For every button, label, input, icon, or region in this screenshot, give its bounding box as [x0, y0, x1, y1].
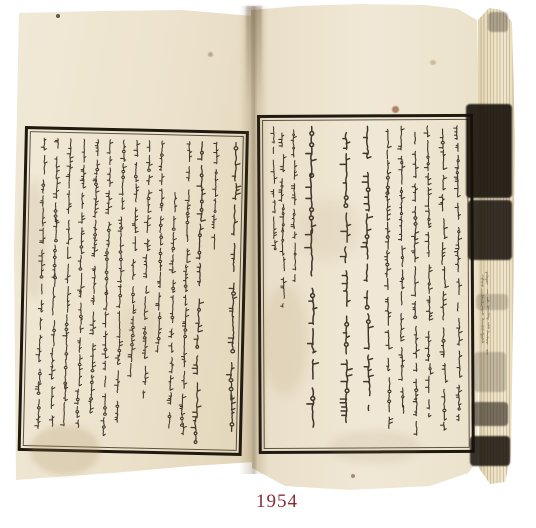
- left-page-script: [24, 132, 243, 450]
- ink-smudge: [466, 104, 512, 198]
- right-page-script: [263, 120, 469, 448]
- ink-smudge: [474, 352, 506, 392]
- right-page-frame: [257, 114, 475, 454]
- ink-smudge: [468, 200, 512, 260]
- left-page-frame: [18, 126, 249, 456]
- ink-smudge: [472, 402, 508, 426]
- caption-lot-number: 1954: [244, 491, 310, 513]
- auction-photo: 1954: [0, 0, 536, 528]
- fore-edge-script: [474, 266, 500, 416]
- open-book: [0, 0, 536, 528]
- ink-smudge: [470, 436, 510, 466]
- left-page: [12, 6, 256, 482]
- ink-smudge: [488, 12, 508, 32]
- ink-smudge: [476, 294, 508, 310]
